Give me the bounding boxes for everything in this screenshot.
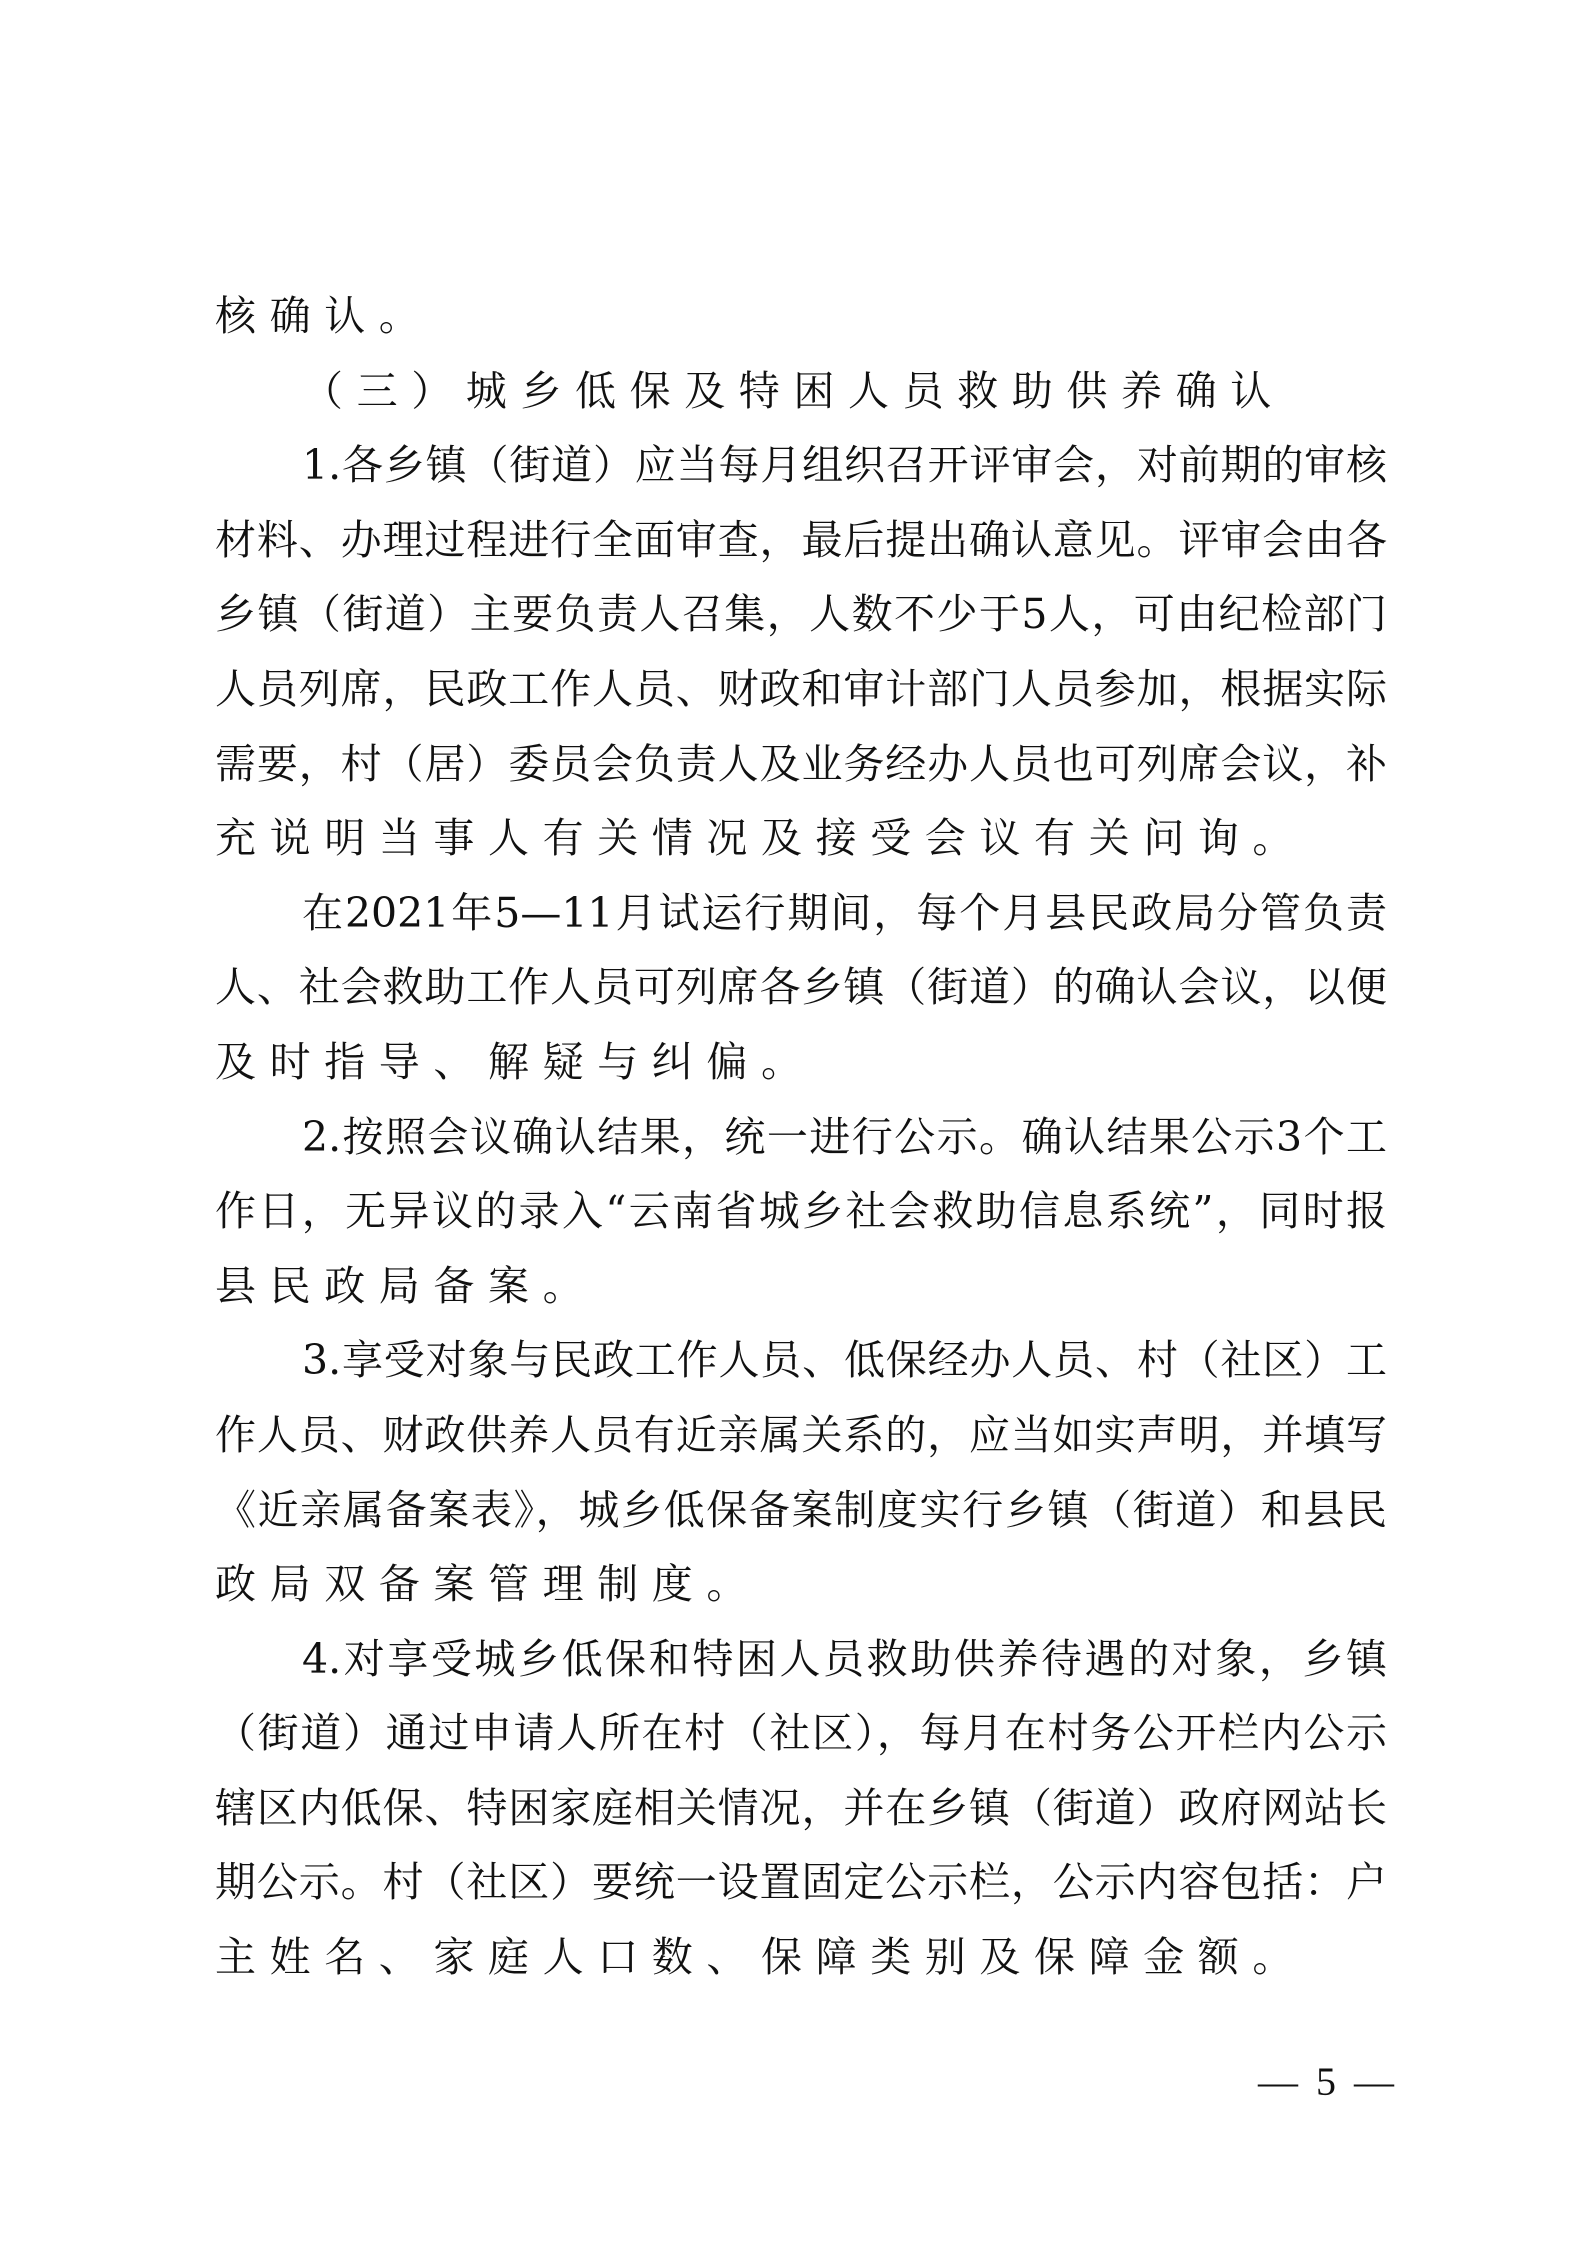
paragraph-item-3: 3.享受对象与民政工作人员、低保经办人员、村（社区）工 作人员、财政供养人员有近…	[215, 1323, 1387, 1621]
paragraph-line: 人员列席，民政工作人员、财政和审计部门人员参加，根据实际	[215, 652, 1387, 727]
paragraph-line: 在2021年5—11月试运行期间，每个月县民政局分管负责	[215, 876, 1387, 951]
section-heading: （三）城乡低保及特困人员救助供养确认	[215, 354, 1387, 429]
paragraph-line: 主姓名、家庭人口数、保障类别及保障金额。	[215, 1920, 1387, 1995]
paragraph-line: 作人员、财政供养人员有近亲属关系的，应当如实声明，并填写	[215, 1398, 1387, 1473]
paragraph-line: 辖区内低保、特困家庭相关情况，并在乡镇（街道）政府网站长	[215, 1771, 1387, 1846]
paragraph-item-4: 4.对享受城乡低保和特困人员救助供养待遇的对象，乡镇 （街道）通过申请人所在村（…	[215, 1622, 1387, 1995]
body-text: 核确认。 （三）城乡低保及特困人员救助供养确认 1.各乡镇（街道）应当每月组织召…	[215, 279, 1387, 1995]
paragraph-line: 2.按照会议确认结果，统一进行公示。确认结果公示3个工	[215, 1100, 1387, 1175]
paragraph-line: 材料、办理过程进行全面审查，最后提出确认意见。评审会由各	[215, 503, 1387, 578]
paragraph-line: 作日，无异议的录入“云南省城乡社会救助信息系统”，同时报	[215, 1174, 1387, 1249]
paragraph-line: 1.各乡镇（街道）应当每月组织召开评审会，对前期的审核	[215, 428, 1387, 503]
page-number: — 5 —	[1258, 2058, 1393, 2105]
carry-over-line: 核确认。	[215, 279, 1387, 354]
paragraph-line: 4.对享受城乡低保和特困人员救助供养待遇的对象，乡镇	[215, 1622, 1387, 1697]
paragraph-line: 需要，村（居）委员会负责人及业务经办人员也可列席会议，补	[215, 727, 1387, 802]
paragraph-line: 政局双备案管理制度。	[215, 1547, 1387, 1622]
paragraph-line: 充说明当事人有关情况及接受会议有关问询。	[215, 801, 1387, 876]
paragraph-line: 《近亲属备案表》，城乡低保备案制度实行乡镇（街道）和县民	[215, 1473, 1387, 1548]
paragraph-item-1: 1.各乡镇（街道）应当每月组织召开评审会，对前期的审核 材料、办理过程进行全面审…	[215, 428, 1387, 876]
paragraph-line: 及时指导、解疑与纠偏。	[215, 1025, 1387, 1100]
paragraph-line: 人、社会救助工作人员可列席各乡镇（街道）的确认会议，以便	[215, 950, 1387, 1025]
paragraph-line: （街道）通过申请人所在村（社区），每月在村务公开栏内公示	[215, 1696, 1387, 1771]
paragraph-line: 期公示。村（社区）要统一设置固定公示栏，公示内容包括：户	[215, 1845, 1387, 1920]
paragraph-item-2: 2.按照会议确认结果，统一进行公示。确认结果公示3个工 作日，无异议的录入“云南…	[215, 1100, 1387, 1324]
paragraph-line: 乡镇（街道）主要负责人召集，人数不少于5人，可由纪检部门	[215, 577, 1387, 652]
paragraph-trial-period: 在2021年5—11月试运行期间，每个月县民政局分管负责 人、社会救助工作人员可…	[215, 876, 1387, 1100]
paragraph-line: 县民政局备案。	[215, 1249, 1387, 1324]
document-page: 核确认。 （三）城乡低保及特困人员救助供养确认 1.各乡镇（街道）应当每月组织召…	[0, 0, 1587, 2245]
paragraph-line: 3.享受对象与民政工作人员、低保经办人员、村（社区）工	[215, 1323, 1387, 1398]
